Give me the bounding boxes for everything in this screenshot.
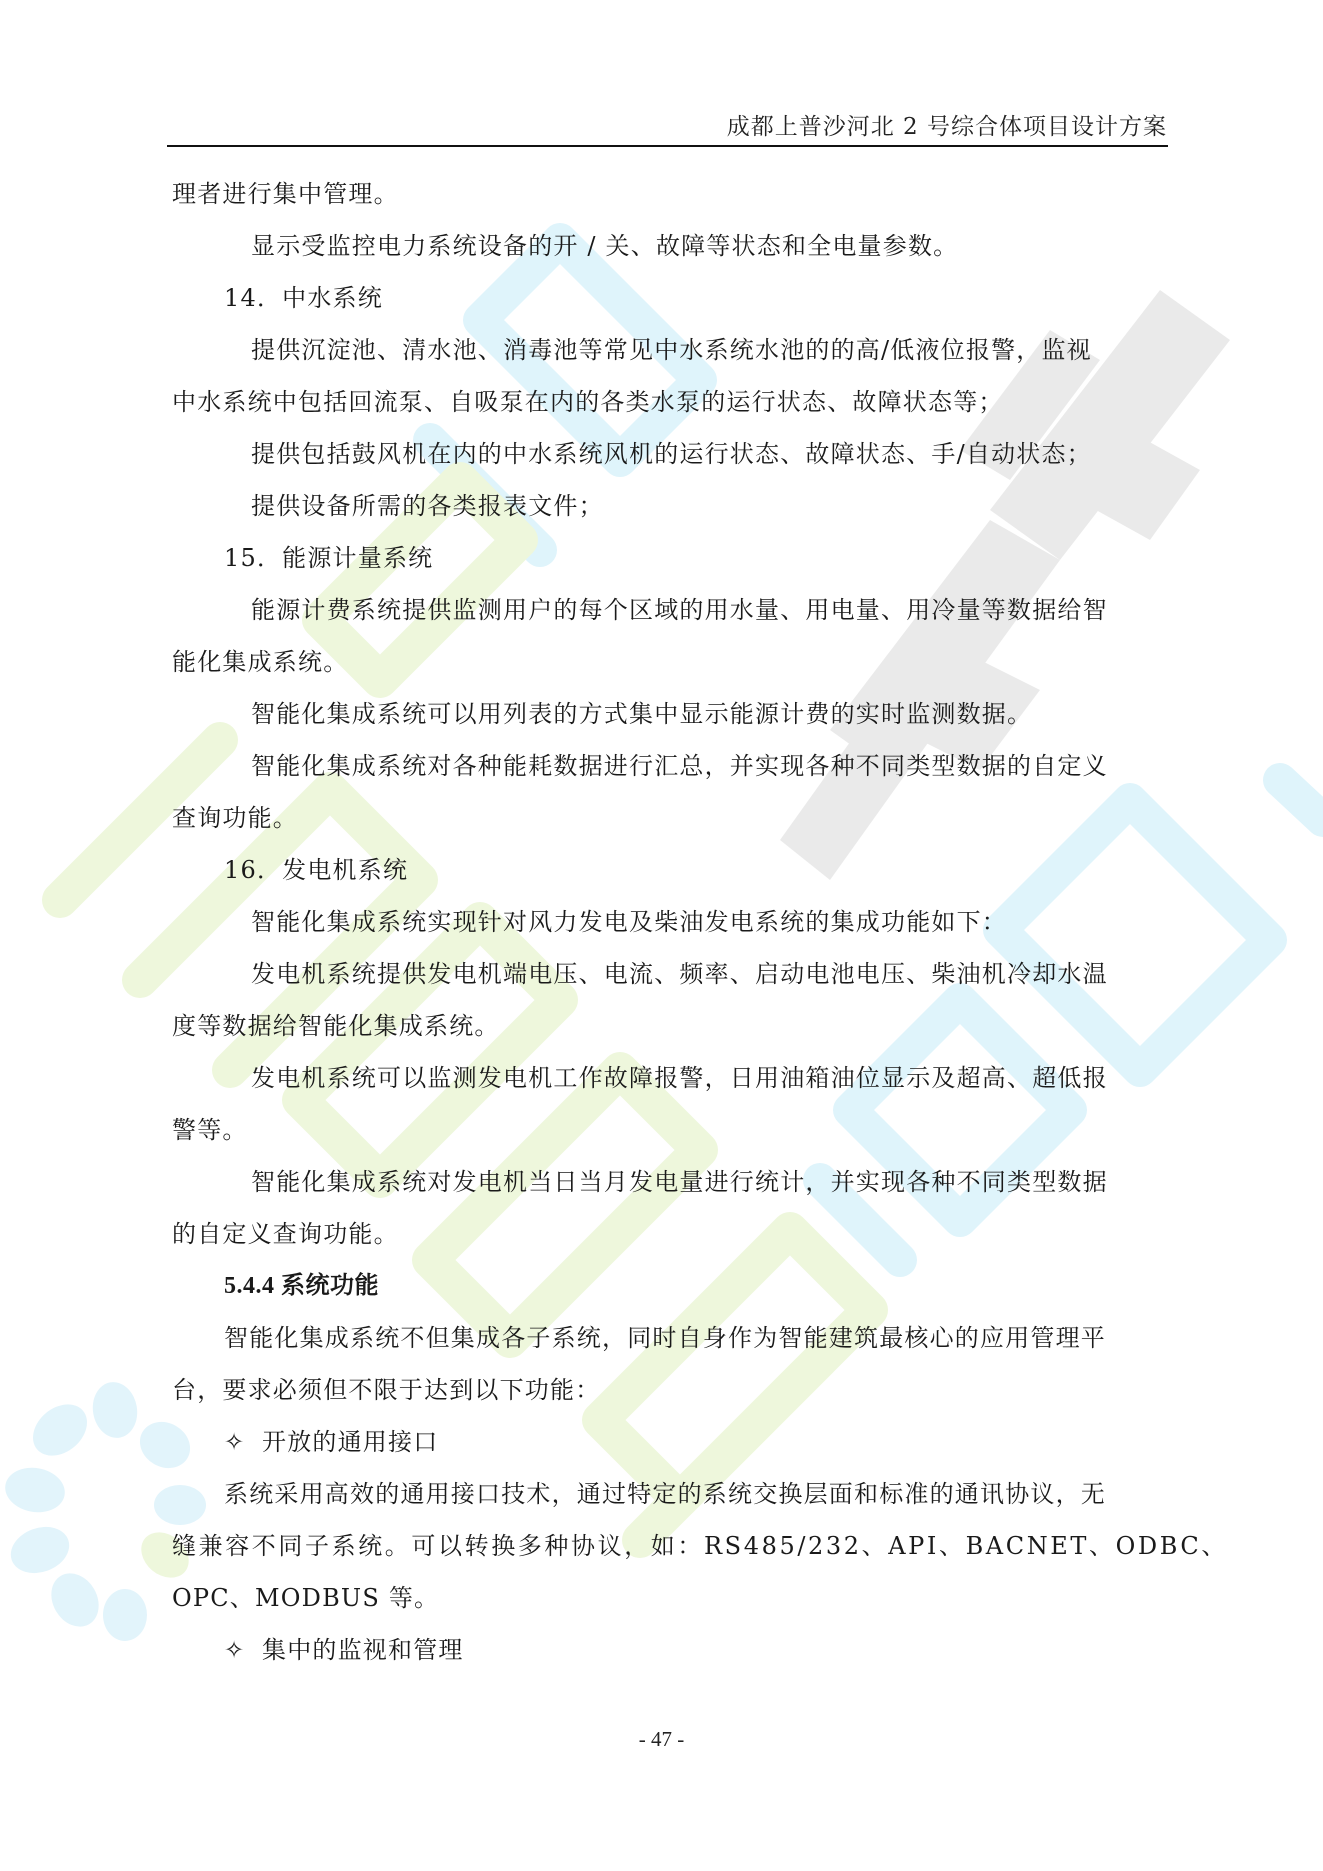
body-paragraph: 发电机系统可以监测发电机工作故障报警，日用油箱油位显示及超高、超低报: [172, 1052, 1168, 1104]
body-paragraph: 能源计费系统提供监测用户的每个区域的用水量、用电量、用冷量等数据给智: [172, 584, 1168, 636]
body-line: 的自定义查询功能。: [172, 1208, 1168, 1260]
body-line: 度等数据给智能化集成系统。: [172, 1000, 1168, 1052]
body-paragraph: 显示受监控电力系统设备的开 / 关、故障等状态和全电量参数。: [172, 220, 1168, 272]
section-item-16: 16．发电机系统: [172, 844, 1168, 896]
document-page: 成都上普沙河北 2 号综合体项目设计方案 理者进行集中管理。 显示受监控电力系统…: [0, 0, 1323, 1871]
body-paragraph: 智能化集成系统对各种能耗数据进行汇总，并实现各种不同类型数据的自定义: [172, 740, 1168, 792]
document-header-title: 成都上普沙河北 2 号综合体项目设计方案: [727, 108, 1167, 141]
body-line: 中水系统中包括回流泵、自吸泵在内的各类水泵的运行状态、故障状态等；: [172, 376, 1168, 428]
body-paragraph: 系统采用高效的通用接口技术，通过特定的系统交换层面和标准的通讯协议，无: [172, 1468, 1168, 1520]
diamond-bullet-icon: ✧: [224, 1416, 262, 1468]
body-paragraph: 智能化集成系统对发电机当日当月发电量进行统计，并实现各种不同类型数据: [172, 1156, 1168, 1208]
body-line: 理者进行集中管理。: [172, 168, 1168, 220]
bullet-label: 集中的监视和管理: [262, 1636, 464, 1664]
bullet-label: 开放的通用接口: [262, 1428, 438, 1456]
section-heading-5-4-4: 5.4.4 系统功能: [172, 1260, 1168, 1312]
diamond-bullet-icon: ✧: [224, 1624, 262, 1676]
header-divider: [167, 145, 1168, 147]
body-paragraph: 提供沉淀池、清水池、消毒池等常见中水系统水池的的高/低液位报警，监视: [172, 324, 1168, 376]
body-paragraph: 提供包括鼓风机在内的中水系统风机的运行状态、故障状态、手/自动状态；: [172, 428, 1168, 480]
bullet-item-centralized-monitoring: ✧集中的监视和管理: [172, 1624, 1168, 1676]
body-paragraph: 智能化集成系统可以用列表的方式集中显示能源计费的实时监测数据。: [172, 688, 1168, 740]
body-line: 能化集成系统。: [172, 636, 1168, 688]
body-line: 警等。: [172, 1104, 1168, 1156]
body-paragraph: 提供设备所需的各类报表文件；: [172, 480, 1168, 532]
section-item-15: 15．能源计量系统: [172, 532, 1168, 584]
section-item-14: 14．中水系统: [172, 272, 1168, 324]
page-number: - 47 -: [0, 1727, 1323, 1752]
body-line: 查询功能。: [172, 792, 1168, 844]
body-paragraph: 智能化集成系统不但集成各子系统，同时自身作为智能建筑最核心的应用管理平: [172, 1312, 1168, 1364]
body-line: 台，要求必须但不限于达到以下功能：: [172, 1364, 1168, 1416]
body-line: OPC、MODBUS 等。: [172, 1572, 1168, 1624]
document-body: 理者进行集中管理。 显示受监控电力系统设备的开 / 关、故障等状态和全电量参数。…: [172, 168, 1168, 1676]
bullet-item-open-interface: ✧开放的通用接口: [172, 1416, 1168, 1468]
body-paragraph: 智能化集成系统实现针对风力发电及柴油发电系统的集成功能如下：: [172, 896, 1168, 948]
body-paragraph: 发电机系统提供发电机端电压、电流、频率、启动电池电压、柴油机冷却水温: [172, 948, 1168, 1000]
body-line: 缝兼容不同子系统。可以转换多种协议，如：RS485/232、API、BACNET…: [172, 1520, 1168, 1572]
